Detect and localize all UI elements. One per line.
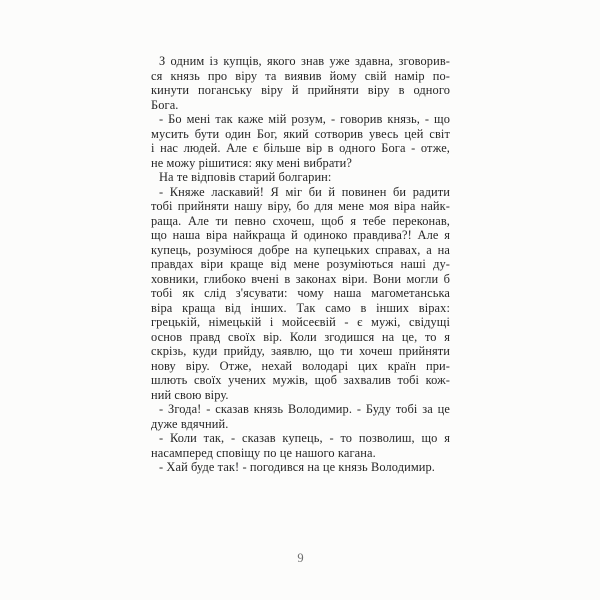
text-line: нову віру. Отже, нехай володарі цих краї… [151,359,450,374]
text-line: віра краща від інших. Так само в інших в… [151,301,450,316]
text-line: купець, розуміюся добре на купецьких спр… [151,243,450,258]
text-line: На те відповів старий болгарин: [151,170,450,185]
paragraph: З одним із купців, якого знав уже здавна… [151,54,450,112]
paragraph: - Бо мені так каже мій розум, - говорив … [151,112,450,170]
text-line: мусить бути один Бог, який сотворив увес… [151,127,450,142]
text-line: ховники, глибоко вчені в законах віри. В… [151,272,450,287]
page-number: 9 [151,551,450,566]
paragraph: На те відповів старий болгарин: [151,170,450,185]
text-line: - Бо мені так каже мій розум, - говорив … [151,112,450,127]
paragraph: - Княже ласкавий! Я міг би й повинен би … [151,185,450,403]
text-line: ся князь про віру та виявив йому свій на… [151,69,450,84]
text-line: основ правд своїх вір. Коли згодишся на … [151,330,450,345]
text-line: Бога. [151,98,450,113]
text-line: З одним із купців, якого знав уже здавна… [151,54,450,69]
book-page: З одним із купців, якого знав уже здавна… [0,0,600,600]
text-line: - Хай буде так! - погодився на це князь … [151,460,450,475]
text-line: кинути поганську віру й прийняти віру в … [151,83,450,98]
paragraph: - Хай буде так! - погодився на це князь … [151,460,450,475]
text-line: насамперед сповіщу по це нашого кагана. [151,446,450,461]
page-text: З одним із купців, якого знав уже здавна… [151,54,450,475]
text-line: не можу рішитися: яку мені вибрати? [151,156,450,171]
text-line: що наша віра найкраща й одиноко правдива… [151,228,450,243]
paragraph: - Коли так, - сказав купець, - то позвол… [151,431,450,460]
text-line: - Коли так, - сказав купець, - то позвол… [151,431,450,446]
text-line: ний свою віру. [151,388,450,403]
text-line: правдах віри краще від мене розуміються … [151,257,450,272]
text-line: - Згода! - сказав князь Володимир. - Буд… [151,402,450,417]
text-line: - Княже ласкавий! Я міг би й повинен би … [151,185,450,200]
text-line: шлють своїх учених мужів, щоб захвалив т… [151,373,450,388]
text-line: раща. Але ти певно схочеш, щоб я тебе пе… [151,214,450,229]
text-line: тобі прийняти нашу віру, бо для мене моя… [151,199,450,214]
text-line: і нас людей. Але є більше вір в одного Б… [151,141,450,156]
text-line: тобі як слід з'ясувати: чому наша магоме… [151,286,450,301]
text-line: скрізь, куди прийду, заявлю, що ти хочеш… [151,344,450,359]
text-line: дуже вдячний. [151,417,450,432]
text-line: грецькій, німецькій і мойсеєвій - є мужі… [151,315,450,330]
paragraph: - Згода! - сказав князь Володимир. - Буд… [151,402,450,431]
